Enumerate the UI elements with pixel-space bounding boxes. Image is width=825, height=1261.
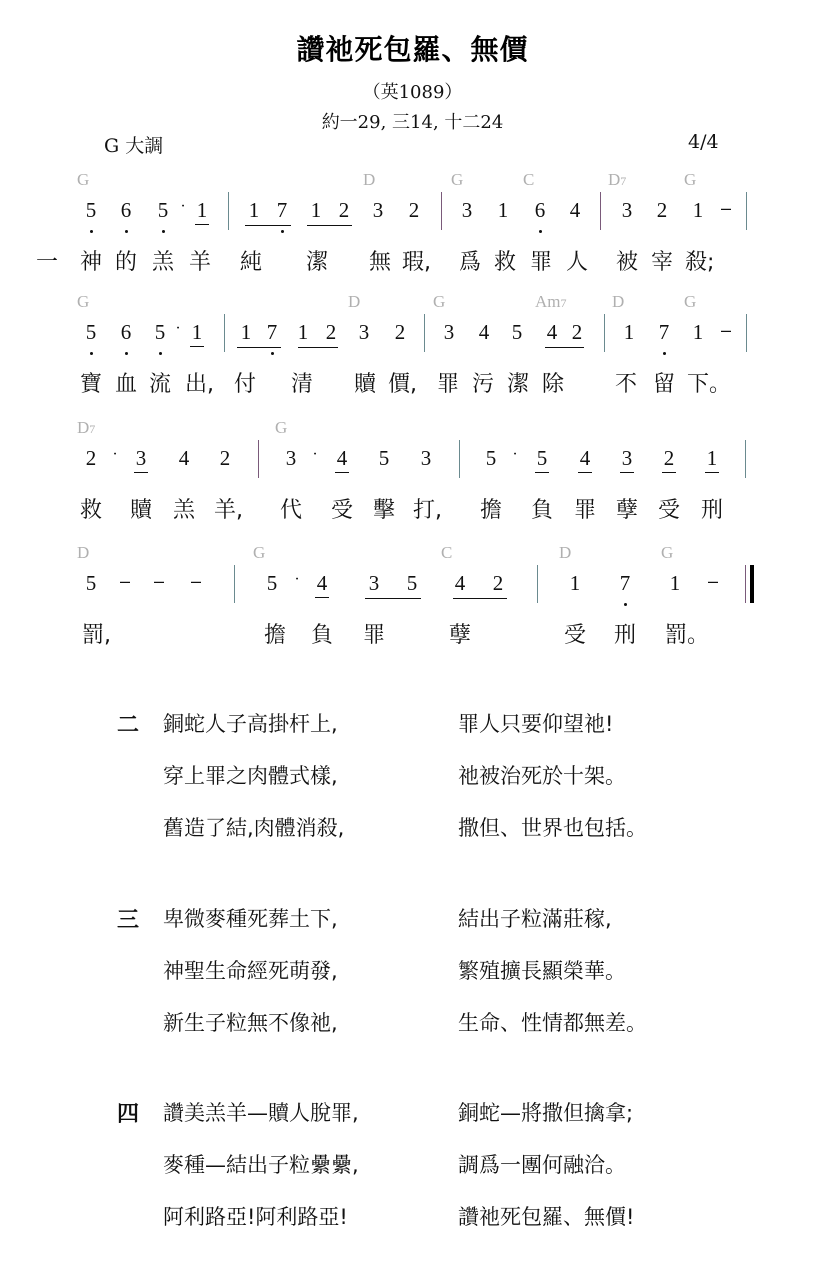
verse-marker: 一 <box>32 245 62 276</box>
jianpu-note: 1 <box>666 571 684 596</box>
lyric-syllable: 無 <box>367 245 393 276</box>
eighth-note-beam <box>245 225 291 226</box>
jianpu-note: 2 <box>489 571 507 596</box>
lyric-syllable: 罪 <box>572 493 598 524</box>
eighth-note-beam <box>307 225 352 226</box>
jianpu-note: 6 <box>117 320 135 345</box>
bar-line <box>441 192 442 230</box>
verse-number: 三 <box>117 903 139 934</box>
eighth-note-beam <box>298 347 338 348</box>
lyric-syllable: 寶 <box>78 367 104 398</box>
jianpu-note: 2 <box>653 198 671 223</box>
jianpu-note: 7 <box>616 571 634 596</box>
verse-line-second-half: 罪人只要仰望祂! <box>458 708 613 738</box>
lyric-syllable: 負 <box>309 618 335 649</box>
lyric-syllable: 價, <box>388 367 414 398</box>
eighth-note-beam <box>453 598 507 599</box>
sustain-dash: – <box>117 571 133 592</box>
augmentation-dot: · <box>310 446 320 464</box>
verse-line-second-half: 讚祂死包羅、無價! <box>458 1201 634 1231</box>
verse-line-first-half: 銅蛇人子高掛杆上, <box>163 708 338 738</box>
chord-symbol: G <box>77 292 89 312</box>
lyric-syllable: 罪 <box>528 245 554 276</box>
lyric-syllable: 負 <box>529 493 555 524</box>
lyric-syllable: 刑 <box>612 618 638 649</box>
jianpu-note: 7 <box>263 320 281 345</box>
jianpu-note: 4 <box>175 446 193 471</box>
lyric-syllable: 代 <box>278 493 304 524</box>
augmentation-dot: · <box>292 571 302 589</box>
hymn-title: 讚祂死包羅、無價 <box>0 28 825 68</box>
jianpu-note: 3 <box>440 320 458 345</box>
eighth-note-beam <box>545 347 584 348</box>
lyric-syllable: 神 <box>78 245 104 276</box>
jianpu-note: 2 <box>82 446 100 471</box>
bar-line <box>745 440 746 478</box>
lyric-syllable: 打, <box>413 493 439 524</box>
jianpu-note: 2 <box>216 446 234 471</box>
jianpu-note: 2 <box>405 198 423 223</box>
lyric-syllable: 污 <box>470 367 496 398</box>
time-signature: 4/4 <box>688 131 719 153</box>
verse-line-first-half: 新生子粒無不像祂, <box>163 1007 338 1037</box>
lyric-syllable: 受 <box>656 493 682 524</box>
lyric-syllable: 罰, <box>82 618 108 649</box>
lyric-syllable: 潔 <box>304 245 330 276</box>
bar-line <box>228 192 229 230</box>
verse-line-second-half: 結出子粒滿莊稼, <box>458 903 612 933</box>
jianpu-note: 4 <box>451 571 469 596</box>
lyric-syllable: 不 <box>613 367 639 398</box>
bar-line <box>224 314 225 352</box>
verse-number: 二 <box>117 708 139 739</box>
verse-line-first-half: 阿利路亞!阿利路亞! <box>163 1201 348 1231</box>
jianpu-note: 5 <box>403 571 421 596</box>
lyric-syllable: 潔 <box>505 367 531 398</box>
lyric-syllable: 贖 <box>352 367 378 398</box>
jianpu-note: 2 <box>335 198 353 223</box>
chord-symbol: G <box>77 170 89 190</box>
lyric-syllable: 刑 <box>699 493 725 524</box>
lyric-syllable: 贖 <box>128 493 154 524</box>
bar-line <box>537 565 538 603</box>
jianpu-note: 3 <box>618 198 636 223</box>
lyric-syllable: 純 <box>238 245 264 276</box>
lyric-syllable: 罰。 <box>665 618 691 649</box>
chord-symbol: D <box>559 543 571 563</box>
chord-symbol: G <box>451 170 463 190</box>
jianpu-note: 4 <box>576 446 594 471</box>
jianpu-note: 5 <box>508 320 526 345</box>
verse-line-second-half: 繁殖擴長顯榮華。 <box>458 955 626 985</box>
lyric-syllable: 受 <box>329 493 355 524</box>
jianpu-note: 1 <box>566 571 584 596</box>
chord-symbol: Am7 <box>535 292 567 312</box>
verse-line-second-half: 銅蛇—將撒但擒拿; <box>458 1097 633 1127</box>
jianpu-note: 7 <box>273 198 291 223</box>
chord-symbol: D <box>612 292 624 312</box>
augmentation-dot: · <box>510 446 520 464</box>
jianpu-note: 1 <box>689 198 707 223</box>
chord-symbol: D <box>77 543 89 563</box>
lyric-syllable: 羔 <box>150 245 176 276</box>
jianpu-note: 7 <box>655 320 673 345</box>
jianpu-note: 5 <box>151 320 169 345</box>
jianpu-note: 1 <box>188 320 206 345</box>
jianpu-note: 1 <box>703 446 721 471</box>
verse-line-second-half: 生命、性情都無差。 <box>458 1007 647 1037</box>
augmentation-dot: · <box>178 198 188 216</box>
verse-line-first-half: 麥種—結出子粒纍纍, <box>163 1149 359 1179</box>
jianpu-note: 1 <box>307 198 325 223</box>
lyric-syllable: 爲 <box>457 245 483 276</box>
jianpu-note: 5 <box>154 198 172 223</box>
lyric-syllable: 救 <box>78 493 104 524</box>
hymn-number: （英1089） <box>0 78 825 104</box>
chord-symbol: D7 <box>77 418 95 438</box>
jianpu-note: 1 <box>689 320 707 345</box>
bar-line <box>424 314 425 352</box>
jianpu-note: 3 <box>365 571 383 596</box>
lyric-syllable: 擔 <box>262 618 288 649</box>
lyric-syllable: 除 <box>540 367 566 398</box>
lyric-syllable: 下。 <box>687 367 713 398</box>
lyric-syllable: 罪 <box>435 367 461 398</box>
lyric-syllable: 出, <box>185 367 211 398</box>
lyric-syllable: 留 <box>651 367 677 398</box>
lyric-syllable: 救 <box>492 245 518 276</box>
lyric-syllable: 受 <box>562 618 588 649</box>
verse-line-first-half: 卑微麥種死葬土下, <box>163 903 338 933</box>
chord-symbol: G <box>661 543 673 563</box>
jianpu-note: 5 <box>82 198 100 223</box>
jianpu-note: 6 <box>117 198 135 223</box>
sustain-dash: – <box>718 320 734 341</box>
bar-line <box>746 192 747 230</box>
lyric-syllable: 流 <box>147 367 173 398</box>
jianpu-note: 5 <box>82 320 100 345</box>
verse-line-first-half: 神聖生命經死萌發, <box>163 955 338 985</box>
lyric-syllable: 瑕, <box>402 245 428 276</box>
jianpu-note: 4 <box>566 198 584 223</box>
chord-symbol: C <box>523 170 534 190</box>
lyric-syllable: 羊 <box>187 245 213 276</box>
sustain-dash: – <box>705 571 721 592</box>
verse-line-second-half: 祂被治死於十架。 <box>458 760 626 790</box>
sustain-dash: – <box>718 198 734 219</box>
jianpu-note: 1 <box>494 198 512 223</box>
bar-line <box>459 440 460 478</box>
verse-line-second-half: 調爲一團何融洽。 <box>458 1149 626 1179</box>
jianpu-note: 4 <box>543 320 561 345</box>
jianpu-note: 2 <box>660 446 678 471</box>
eighth-note-beam <box>237 347 281 348</box>
jianpu-note: 2 <box>391 320 409 345</box>
chord-symbol: D7 <box>608 170 626 190</box>
jianpu-note: 6 <box>531 198 549 223</box>
jianpu-note: 4 <box>333 446 351 471</box>
jianpu-note: 3 <box>618 446 636 471</box>
augmentation-dot: · <box>110 446 120 464</box>
bar-line <box>258 440 259 478</box>
chord-symbol: D <box>363 170 375 190</box>
chord-symbol: G <box>684 170 696 190</box>
lyric-syllable: 血 <box>113 367 139 398</box>
jianpu-note: 5 <box>482 446 500 471</box>
chord-symbol: D <box>348 292 360 312</box>
jianpu-note: 1 <box>620 320 638 345</box>
verse-line-first-half: 讚美羔羊—贖人脫罪, <box>163 1097 359 1127</box>
lyric-syllable: 宰 <box>649 245 675 276</box>
verse-number: 四 <box>117 1097 139 1128</box>
verse-line-second-half: 撒但、世界也包括。 <box>458 812 647 842</box>
lyric-syllable: 孽 <box>447 618 473 649</box>
lyric-syllable: 的 <box>113 245 139 276</box>
bar-line <box>600 192 601 230</box>
chord-symbol: G <box>684 292 696 312</box>
verse-line-first-half: 舊造了結,肉體消殺, <box>163 812 344 842</box>
eighth-note-beam <box>365 598 421 599</box>
jianpu-note: 5 <box>533 446 551 471</box>
lyric-syllable: 羔 <box>171 493 197 524</box>
jianpu-note: 5 <box>82 571 100 596</box>
key-signature: G 大調 <box>104 131 163 158</box>
jianpu-note: 1 <box>193 198 211 223</box>
jianpu-note: 3 <box>355 320 373 345</box>
jianpu-note: 1 <box>245 198 263 223</box>
jianpu-note: 1 <box>294 320 312 345</box>
chord-symbol: G <box>253 543 265 563</box>
sustain-dash: – <box>188 571 204 592</box>
bar-line <box>746 314 747 352</box>
chord-symbol: G <box>433 292 445 312</box>
sustain-dash: – <box>151 571 167 592</box>
lyric-syllable: 孽 <box>614 493 640 524</box>
augmentation-dot: · <box>173 320 183 338</box>
jianpu-note: 3 <box>417 446 435 471</box>
verse-line-first-half: 穿上罪之肉體式樣, <box>163 760 338 790</box>
lyric-syllable: 清 <box>289 367 315 398</box>
jianpu-note: 3 <box>369 198 387 223</box>
jianpu-note: 2 <box>322 320 340 345</box>
chord-symbol: C <box>441 543 452 563</box>
jianpu-note: 3 <box>282 446 300 471</box>
bar-line <box>234 565 235 603</box>
lyric-syllable: 殺; <box>685 245 711 276</box>
bar-line <box>604 314 605 352</box>
jianpu-note: 4 <box>475 320 493 345</box>
jianpu-note: 5 <box>263 571 281 596</box>
lyric-syllable: 擊 <box>371 493 397 524</box>
jianpu-note: 5 <box>375 446 393 471</box>
jianpu-note: 3 <box>132 446 150 471</box>
final-bar-line <box>750 565 754 603</box>
lyric-syllable: 羊, <box>214 493 240 524</box>
jianpu-note: 2 <box>568 320 586 345</box>
jianpu-note: 4 <box>313 571 331 596</box>
jianpu-note: 3 <box>458 198 476 223</box>
lyric-syllable: 被 <box>614 245 640 276</box>
lyric-syllable: 付 <box>232 367 258 398</box>
jianpu-note: 1 <box>237 320 255 345</box>
bar-line <box>745 565 746 603</box>
lyric-syllable: 擔 <box>478 493 504 524</box>
lyric-syllable: 人 <box>564 245 590 276</box>
chord-symbol: G <box>275 418 287 438</box>
lyric-syllable: 罪 <box>361 618 387 649</box>
